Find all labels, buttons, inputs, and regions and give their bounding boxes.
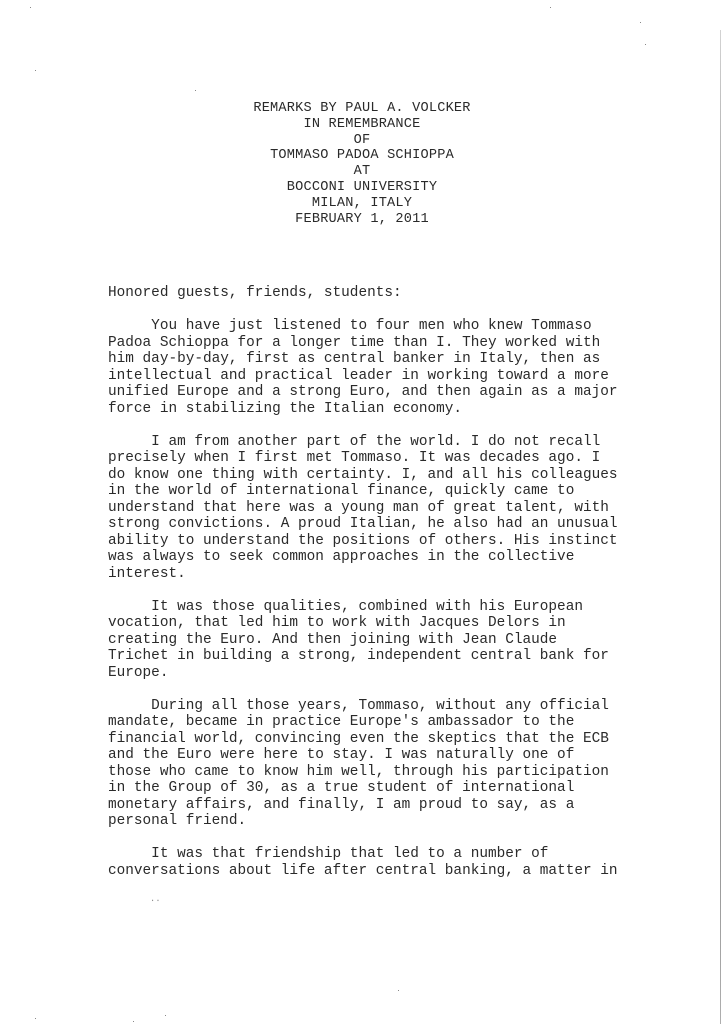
scan-speck — [645, 44, 646, 45]
document-page: REMARKS BY PAUL A. VOLCKER IN REMEMBRANC… — [0, 0, 724, 1024]
scan-speck — [550, 7, 551, 8]
paragraph-line: and the Euro were here to stay. I was na… — [108, 747, 708, 764]
paragraph: During all those years, Tommaso, without… — [108, 698, 708, 830]
paragraph-line: ability to understand the positions of o… — [108, 533, 708, 550]
paragraph-line: financial world, convincing even the ske… — [108, 731, 708, 748]
salutation: Honored guests, friends, students: — [108, 285, 708, 302]
paragraph-line: force in stabilizing the Italian economy… — [108, 401, 708, 418]
scan-speck — [133, 1021, 134, 1022]
paragraph-line: It was those qualities, combined with hi… — [108, 599, 708, 616]
paragraph-line: I am from another part of the world. I d… — [108, 434, 708, 451]
paragraph-line: Padoa Schioppa for a longer time than I.… — [108, 335, 708, 352]
scan-speck — [195, 90, 196, 91]
paragraphs-container: You have just listened to four men who k… — [108, 318, 708, 879]
paragraph-line: in the world of international finance, q… — [108, 483, 708, 500]
paragraph-line: conversations about life after central b… — [108, 863, 708, 880]
header-line-title: REMARKS BY PAUL A. VOLCKER — [0, 101, 724, 117]
paragraph-line: You have just listened to four men who k… — [108, 318, 708, 335]
scan-speck — [35, 70, 36, 71]
paragraph-line: creating the Euro. And then joining with… — [108, 632, 708, 649]
paragraph-line: vocation, that led him to work with Jacq… — [108, 615, 708, 632]
scan-speck — [35, 1018, 36, 1019]
paragraph: You have just listened to four men who k… — [108, 318, 708, 417]
paragraph-line: him day-by-day, first as central banker … — [108, 351, 708, 368]
header-line-of: OF — [0, 133, 724, 149]
document-body: Honored guests, friends, students: You h… — [108, 285, 708, 896]
header-line-date: FEBRUARY 1, 2011 — [0, 212, 724, 228]
paragraph-line: do know one thing with certainty. I, and… — [108, 467, 708, 484]
paragraph-line: During all those years, Tommaso, without… — [108, 698, 708, 715]
header-line-at: AT — [0, 164, 724, 180]
paragraph-line: interest. — [108, 566, 708, 583]
paragraph-line: unified Europe and a strong Euro, and th… — [108, 384, 708, 401]
paragraph-line: It was that friendship that led to a num… — [108, 846, 708, 863]
scan-speck — [30, 7, 31, 8]
paragraph-line: Trichet in building a strong, independen… — [108, 648, 708, 665]
header-line-location: MILAN, ITALY — [0, 196, 724, 212]
paragraph-line: was always to seek common approaches in … — [108, 549, 708, 566]
paragraph-line: monetary affairs, and finally, I am prou… — [108, 797, 708, 814]
scan-speck — [640, 22, 641, 23]
header-line-venue: BOCCONI UNIVERSITY — [0, 180, 724, 196]
paragraph-line: understand that here was a young man of … — [108, 500, 708, 517]
scan-mark: ∙∙ — [150, 896, 161, 906]
scan-speck — [398, 990, 399, 991]
paragraph: It was that friendship that led to a num… — [108, 846, 708, 879]
paragraph: I am from another part of the world. I d… — [108, 434, 708, 583]
scan-speck — [165, 1015, 166, 1016]
header-line-remembrance: IN REMEMBRANCE — [0, 117, 724, 133]
paragraph-line: mandate, became in practice Europe's amb… — [108, 714, 708, 731]
paragraph: It was those qualities, combined with hi… — [108, 599, 708, 682]
paragraph-line: in the Group of 30, as a true student of… — [108, 780, 708, 797]
paragraph-line: Europe. — [108, 665, 708, 682]
paragraph-line: personal friend. — [108, 813, 708, 830]
paragraph-line: strong convictions. A proud Italian, he … — [108, 516, 708, 533]
document-header: REMARKS BY PAUL A. VOLCKER IN REMEMBRANC… — [0, 101, 724, 227]
paragraph-line: intellectual and practical leader in wor… — [108, 368, 708, 385]
paragraph-line: precisely when I first met Tommaso. It w… — [108, 450, 708, 467]
header-line-honoree: TOMMASO PADOA SCHIOPPA — [0, 148, 724, 164]
paragraph-line: those who came to know him well, through… — [108, 764, 708, 781]
